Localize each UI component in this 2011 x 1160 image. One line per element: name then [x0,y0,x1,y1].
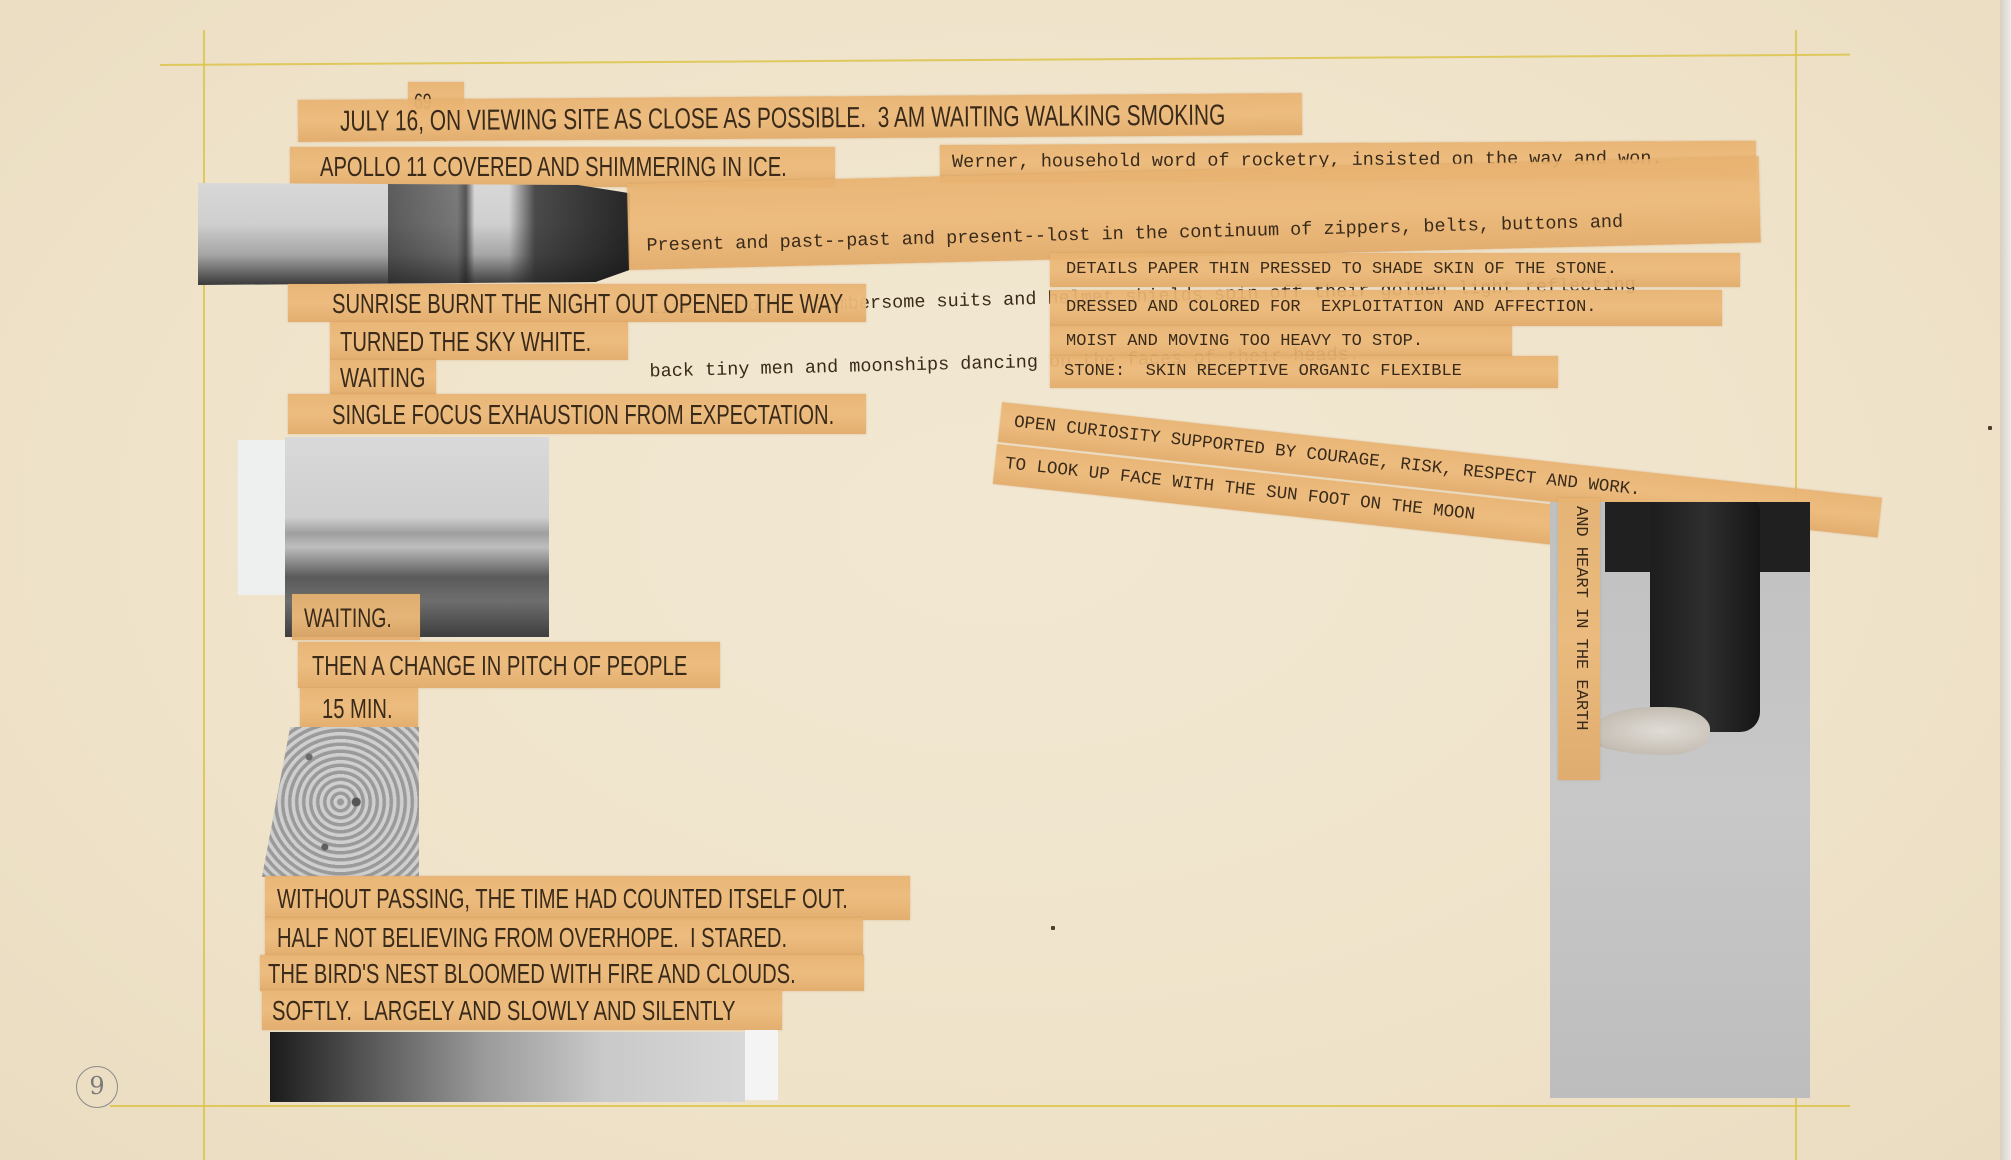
page-number-mark: 9 [76,1066,118,1108]
softly-text: SOFTLY. LARGELY AND SLOWLY AND SILENTLY [272,990,735,1032]
photo-hangar [198,183,630,285]
july-16-text: JULY 16, ON VIEWING SITE AS CLOSE AS POS… [340,94,1226,144]
half-not-text: HALF NOT BELIEVING FROM OVERHOPE. I STAR… [277,918,787,958]
tape-stone: STONE: SKIN RECEPTIVE ORGANIC FLEXIBLE [1050,356,1558,388]
and-heart-text: AND HEART IN THE EARTH [1571,506,1590,730]
dressed-text: DRESSED AND COLORED FOR EXPLOITATION AND… [1066,298,1597,317]
photo-landscape-border [238,440,288,595]
tape-moist: MOIST AND MOVING TOO HEAVY TO STOP. [1050,326,1512,358]
waiting-2-text: WAITING. [304,594,392,642]
tape-sunrise: SUNRISE BURNT THE NIGHT OUT OPENED THE W… [288,284,866,322]
speck [1988,426,1992,430]
tape-july-16: JULY 16, ON VIEWING SITE AS CLOSE AS POS… [298,93,1302,142]
tape-softly: SOFTLY. LARGELY AND SLOWLY AND SILENTLY [262,990,782,1030]
tape-turned: TURNED THE SKY WHITE. [330,322,628,360]
paper-edge [2000,0,2011,1160]
without-passing-text: WITHOUT PASSING, THE TIME HAD COUNTED IT… [277,876,848,922]
moist-text: MOIST AND MOVING TOO HEAVY TO STOP. [1066,332,1423,351]
photo-sky-border [745,1030,778,1100]
tape-waiting-1: WAITING [330,360,436,395]
then-a-change-text: THEN A CHANGE IN PITCH OF PEOPLE [312,642,687,690]
tape-without-passing: WITHOUT PASSING, THE TIME HAD COUNTED IT… [265,876,910,920]
tape-15-min: 15 MIN. [300,688,418,728]
speck [1051,926,1055,930]
birds-nest-text: THE BIRD'S NEST BLOOMED WITH FIRE AND CL… [268,955,796,993]
photo-sky [270,1032,745,1102]
15-min-text: 15 MIN. [322,688,393,730]
tape-waiting-2: WAITING. [292,594,420,640]
single-focus-text: SINGLE FOCUS EXHAUSTION FROM EXPECTATION… [332,394,834,436]
sunrise-text: SUNRISE BURNT THE NIGHT OUT OPENED THE W… [332,284,843,324]
bare-foot [1590,707,1710,755]
turned-text: TURNED THE SKY WHITE. [340,322,591,362]
tape-half-not: HALF NOT BELIEVING FROM OVERHOPE. I STAR… [265,918,863,956]
present-line-1: Present and past--past and present--lost… [646,208,1760,256]
tape-and-heart: AND HEART IN THE EARTH [1558,498,1600,780]
tape-details: DETAILS PAPER THIN PRESSED TO SHADE SKIN… [1050,253,1740,287]
tape-then-a-change: THEN A CHANGE IN PITCH OF PEOPLE [298,642,720,688]
details-text: DETAILS PAPER THIN PRESSED TO SHADE SKIN… [1066,260,1617,279]
guide-line-bottom [110,1105,1850,1107]
tape-birds-nest: THE BIRD'S NEST BLOOMED WITH FIRE AND CL… [260,955,864,991]
stone-text: STONE: SKIN RECEPTIVE ORGANIC FLEXIBLE [1064,362,1462,381]
trouser-leg [1650,502,1760,732]
waiting-1-text: WAITING [340,360,425,396]
tape-dressed: DRESSED AND COLORED FOR EXPLOITATION AND… [1050,290,1722,326]
tape-single-focus: SINGLE FOCUS EXHAUSTION FROM EXPECTATION… [288,394,866,434]
